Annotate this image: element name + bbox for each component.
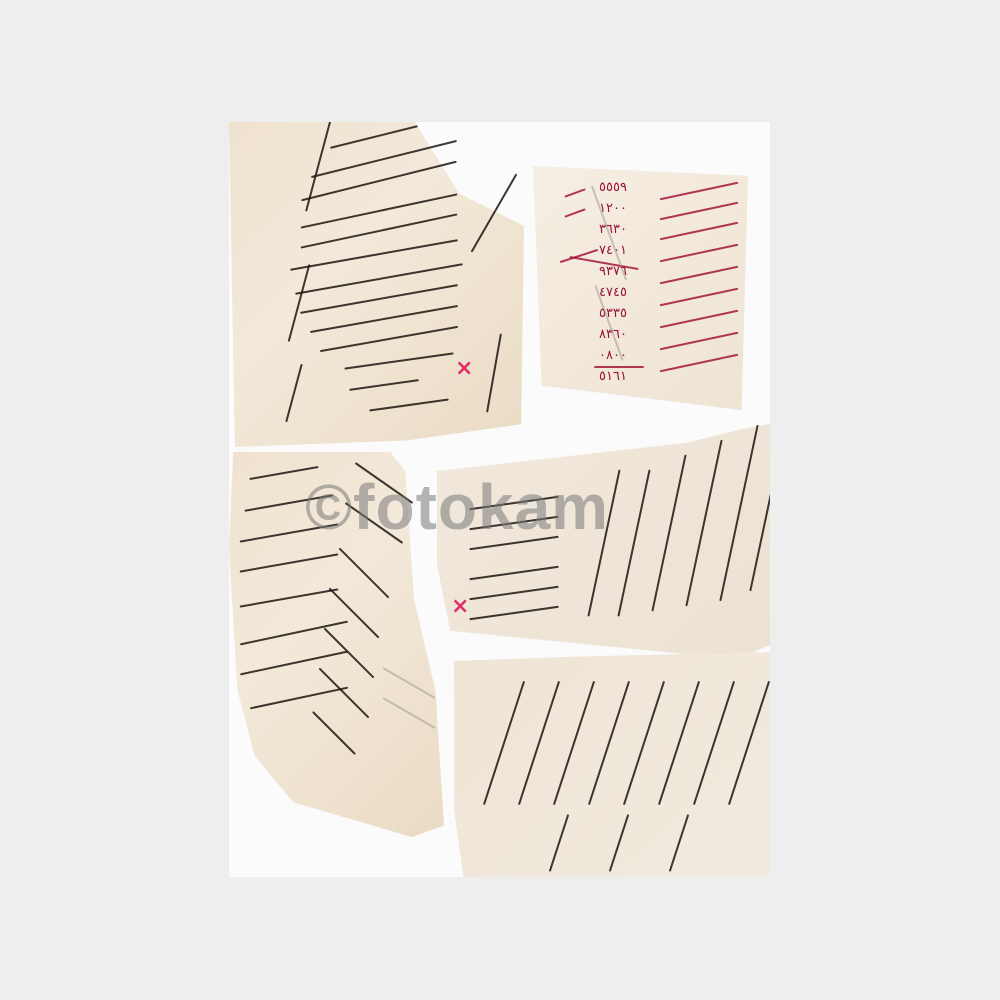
watermark: ©fotokam bbox=[305, 470, 609, 544]
fragment-bottom-right bbox=[454, 652, 770, 877]
pink-x-mark-2: × bbox=[451, 596, 469, 618]
fragment-top-left bbox=[229, 122, 524, 447]
ledger-number-column: ٥٥٥٩ ١٢٠٠ ٣٦٣٠ ٧٤٠١ ٩٣٧٦ ٤٧٤٥ ٥٣٣٥ ٨٣٦٠ … bbox=[599, 177, 627, 387]
fragment-top-right bbox=[533, 166, 748, 410]
pink-x-mark: × bbox=[455, 358, 473, 380]
